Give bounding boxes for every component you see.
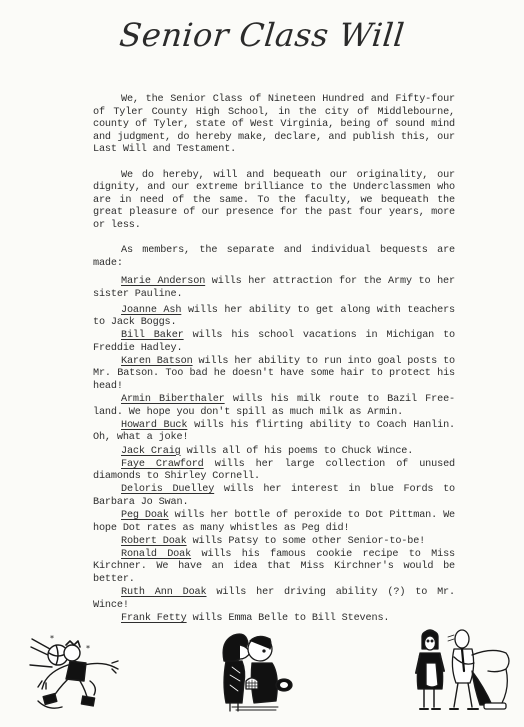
bequest-name: Bill Baker bbox=[121, 330, 184, 341]
bequest-name: Ruth Ann Doak bbox=[121, 587, 206, 598]
bequest-name: Karen Batson bbox=[121, 356, 193, 367]
bequest-item: Karen Batson wills her ability to run in… bbox=[93, 356, 455, 394]
intro-paragraph: As members, the separate and individual … bbox=[93, 245, 455, 270]
bequest-name: Howard Buck bbox=[121, 420, 187, 431]
illustrations-row: * * bbox=[0, 625, 524, 720]
page-title: Senior Class Will bbox=[0, 16, 524, 54]
bequest-item: Bill Baker wills his school vacations in… bbox=[93, 330, 455, 355]
bequest-name: Joanne Ash bbox=[121, 305, 181, 316]
bequest-item: Howard Buck wills his flirting ability t… bbox=[93, 420, 455, 445]
bequest-name: Peg Doak bbox=[121, 510, 169, 521]
bequest-name: Ronald Doak bbox=[121, 549, 191, 560]
bequest-item: Peg Doak wills her bottle of peroxide to… bbox=[93, 510, 455, 535]
bequest-item: Deloris Duelley wills her interest in bl… bbox=[93, 484, 455, 509]
bequest-name: Marie Anderson bbox=[121, 276, 205, 287]
bequest-list: Marie Anderson wills her attraction for … bbox=[93, 276, 455, 625]
bequest-item: Robert Doak wills Patsy to some other Se… bbox=[93, 536, 455, 549]
bequest-item: Frank Fetty wills Emma Belle to Bill Ste… bbox=[93, 613, 455, 626]
bequest-text: wills Emma Belle to Bill Stevens. bbox=[187, 613, 390, 624]
bequest-name: Jack Craig bbox=[121, 446, 181, 457]
bequest-name: Deloris Duelley bbox=[121, 484, 214, 495]
bequest-text: wills Patsy to some other Senior-to-be! bbox=[187, 536, 426, 547]
maid-and-man-with-vacuum-icon bbox=[414, 627, 514, 717]
couple-kissing-icon bbox=[218, 631, 294, 715]
svg-text:*: * bbox=[86, 644, 90, 653]
bequest-item: Faye Crawford wills her large collection… bbox=[93, 459, 455, 484]
bequest-item: Jack Craig wills all of his poems to Chu… bbox=[93, 446, 455, 459]
will-body: We, the Senior Class of Nineteen Hundred… bbox=[93, 94, 455, 626]
bequest-name: Frank Fetty bbox=[121, 613, 187, 624]
intro-paragraph: We do hereby, will and bequeath our orig… bbox=[93, 170, 455, 233]
svg-text:*: * bbox=[50, 634, 54, 643]
bequest-name: Faye Crawford bbox=[121, 459, 204, 470]
bequest-item: Armin Biberthaler wills his milk route t… bbox=[93, 394, 455, 419]
bequest-item: Ruth Ann Doak wills her driving ability … bbox=[93, 587, 455, 612]
bequest-name: Armin Biberthaler bbox=[121, 394, 225, 405]
bequest-item: Ronald Doak wills his famous cookie reci… bbox=[93, 549, 455, 587]
bequest-text: wills all of his poems to Chuck Wince. bbox=[181, 446, 414, 457]
bequest-name: Robert Doak bbox=[121, 536, 187, 547]
intro-paragraph: We, the Senior Class of Nineteen Hundred… bbox=[93, 94, 455, 157]
bequest-item: Marie Anderson wills her attraction for … bbox=[93, 276, 455, 301]
basketball-player-hit-by-ball-icon: * * bbox=[28, 631, 120, 713]
bequest-item: Joanne Ash wills her ability to get alon… bbox=[93, 305, 455, 330]
